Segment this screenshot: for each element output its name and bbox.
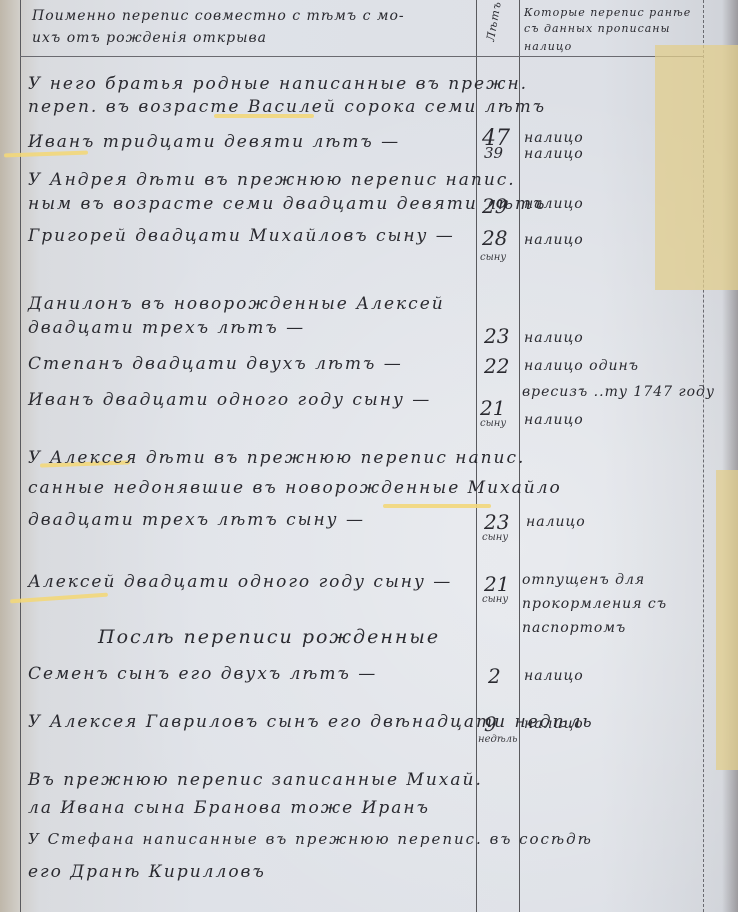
header-col1-line1: Поименно перепис совместно с тѣмъ с мо- — [32, 8, 405, 24]
age-value: 23 — [484, 510, 509, 534]
remark: налицо — [524, 196, 584, 212]
age-value: 21 — [484, 572, 509, 596]
remark: налицо одинъ — [524, 358, 639, 374]
entry-line: двадцати трехъ лѣтъ — — [28, 318, 305, 338]
age-note: сыну — [480, 418, 506, 429]
entry-line: Данилонъ въ новорожденные Алексей — [28, 294, 445, 314]
age-note: сыну — [480, 252, 506, 263]
entry-line: переп. въ возрасте Василей сорока семи л… — [28, 97, 546, 117]
entry-line: Семенъ сынъ его двухъ лѣтъ — — [28, 664, 377, 684]
entry-line: У Андрея дѣти въ прежнюю перепис напис. — [28, 170, 516, 190]
remark: налицо — [524, 716, 584, 732]
age-value: 29 — [482, 194, 507, 218]
header-col3-line1: Которые перепис ранѣе — [524, 6, 691, 19]
entry-line: ла Ивана сына Бранова тоже Иранъ — [28, 798, 430, 818]
section-title: Послѣ переписи рожденные — [98, 626, 440, 648]
age-value: 9 — [484, 712, 497, 736]
entry-line: Въ прежнюю перепис записанные Михай. — [28, 770, 483, 790]
age-value: 2 — [488, 664, 501, 688]
age-value: 39 — [484, 144, 503, 162]
remark: налицо — [524, 146, 584, 162]
remark: налицо — [524, 412, 584, 428]
page-edge-shadow — [0, 0, 22, 912]
age-value: 23 — [484, 324, 509, 348]
header-col2: Лѣтъ — [484, 0, 504, 42]
remark: отпущенъ для прокормления съ паспортомъ — [522, 568, 692, 640]
entry-line: его Дранѣ Кирилловъ — [28, 862, 266, 882]
highlight-alexey-2 — [10, 593, 108, 604]
remark: налицо — [524, 668, 584, 684]
left-margin-line — [20, 0, 21, 912]
entry-line: ным въ возрасте семи двадцати девяти лѣт… — [28, 194, 547, 214]
entry-line: У него братья родные написанные въ прежн… — [28, 74, 528, 94]
entry-line: Григорей двадцати Михайловъ сыну — — [28, 226, 455, 246]
margin-note: вресизъ ..ту 1747 году — [522, 384, 715, 400]
tape-patch-top — [655, 45, 738, 290]
remark: налицо — [524, 232, 584, 248]
highlight-mikhailo — [383, 504, 491, 508]
age-value: 21 — [480, 396, 505, 420]
header-col3-line3: налицо — [524, 40, 572, 53]
age-note: сыну — [482, 594, 508, 605]
entry-line: У Алексея Гавриловъ сынъ его двѣнадцати … — [28, 712, 594, 732]
header-col3-line2: съ данных прописаны — [524, 22, 671, 35]
age-note: сыну — [482, 532, 508, 543]
remark: налицо — [526, 514, 586, 530]
entry-line: У Алексея дѣти въ прежнюю перепис напис. — [28, 448, 525, 468]
age-value: 22 — [484, 354, 509, 378]
remark: налицо — [524, 330, 584, 346]
entry-line: Иванъ тридцати девяти лѣтъ — — [28, 132, 400, 152]
header-divider — [20, 56, 704, 57]
remark: налицо — [524, 130, 584, 146]
entry-line: У Стефана написанные въ прежнюю перепис.… — [28, 830, 593, 848]
entry-line: Степанъ двадцати двухъ лѣтъ — — [28, 354, 403, 374]
entry-line: двадцати трехъ лѣтъ сыну — — [28, 510, 365, 530]
document-page: Поименно перепис совместно с тѣмъ с мо- … — [0, 0, 738, 912]
entry-line: Алексей двадцати одного году сыну — — [28, 572, 452, 592]
age-value: 28 — [482, 226, 507, 250]
age-note: недѣль — [478, 734, 517, 745]
entry-line: Иванъ двадцати одного году сыну — — [28, 390, 431, 410]
header-col1-line2: ихъ отъ рожденія открыва — [32, 30, 267, 46]
entry-line: санные недонявшие въ новорожденные Михай… — [28, 478, 562, 498]
tape-patch-bottom — [716, 470, 738, 770]
